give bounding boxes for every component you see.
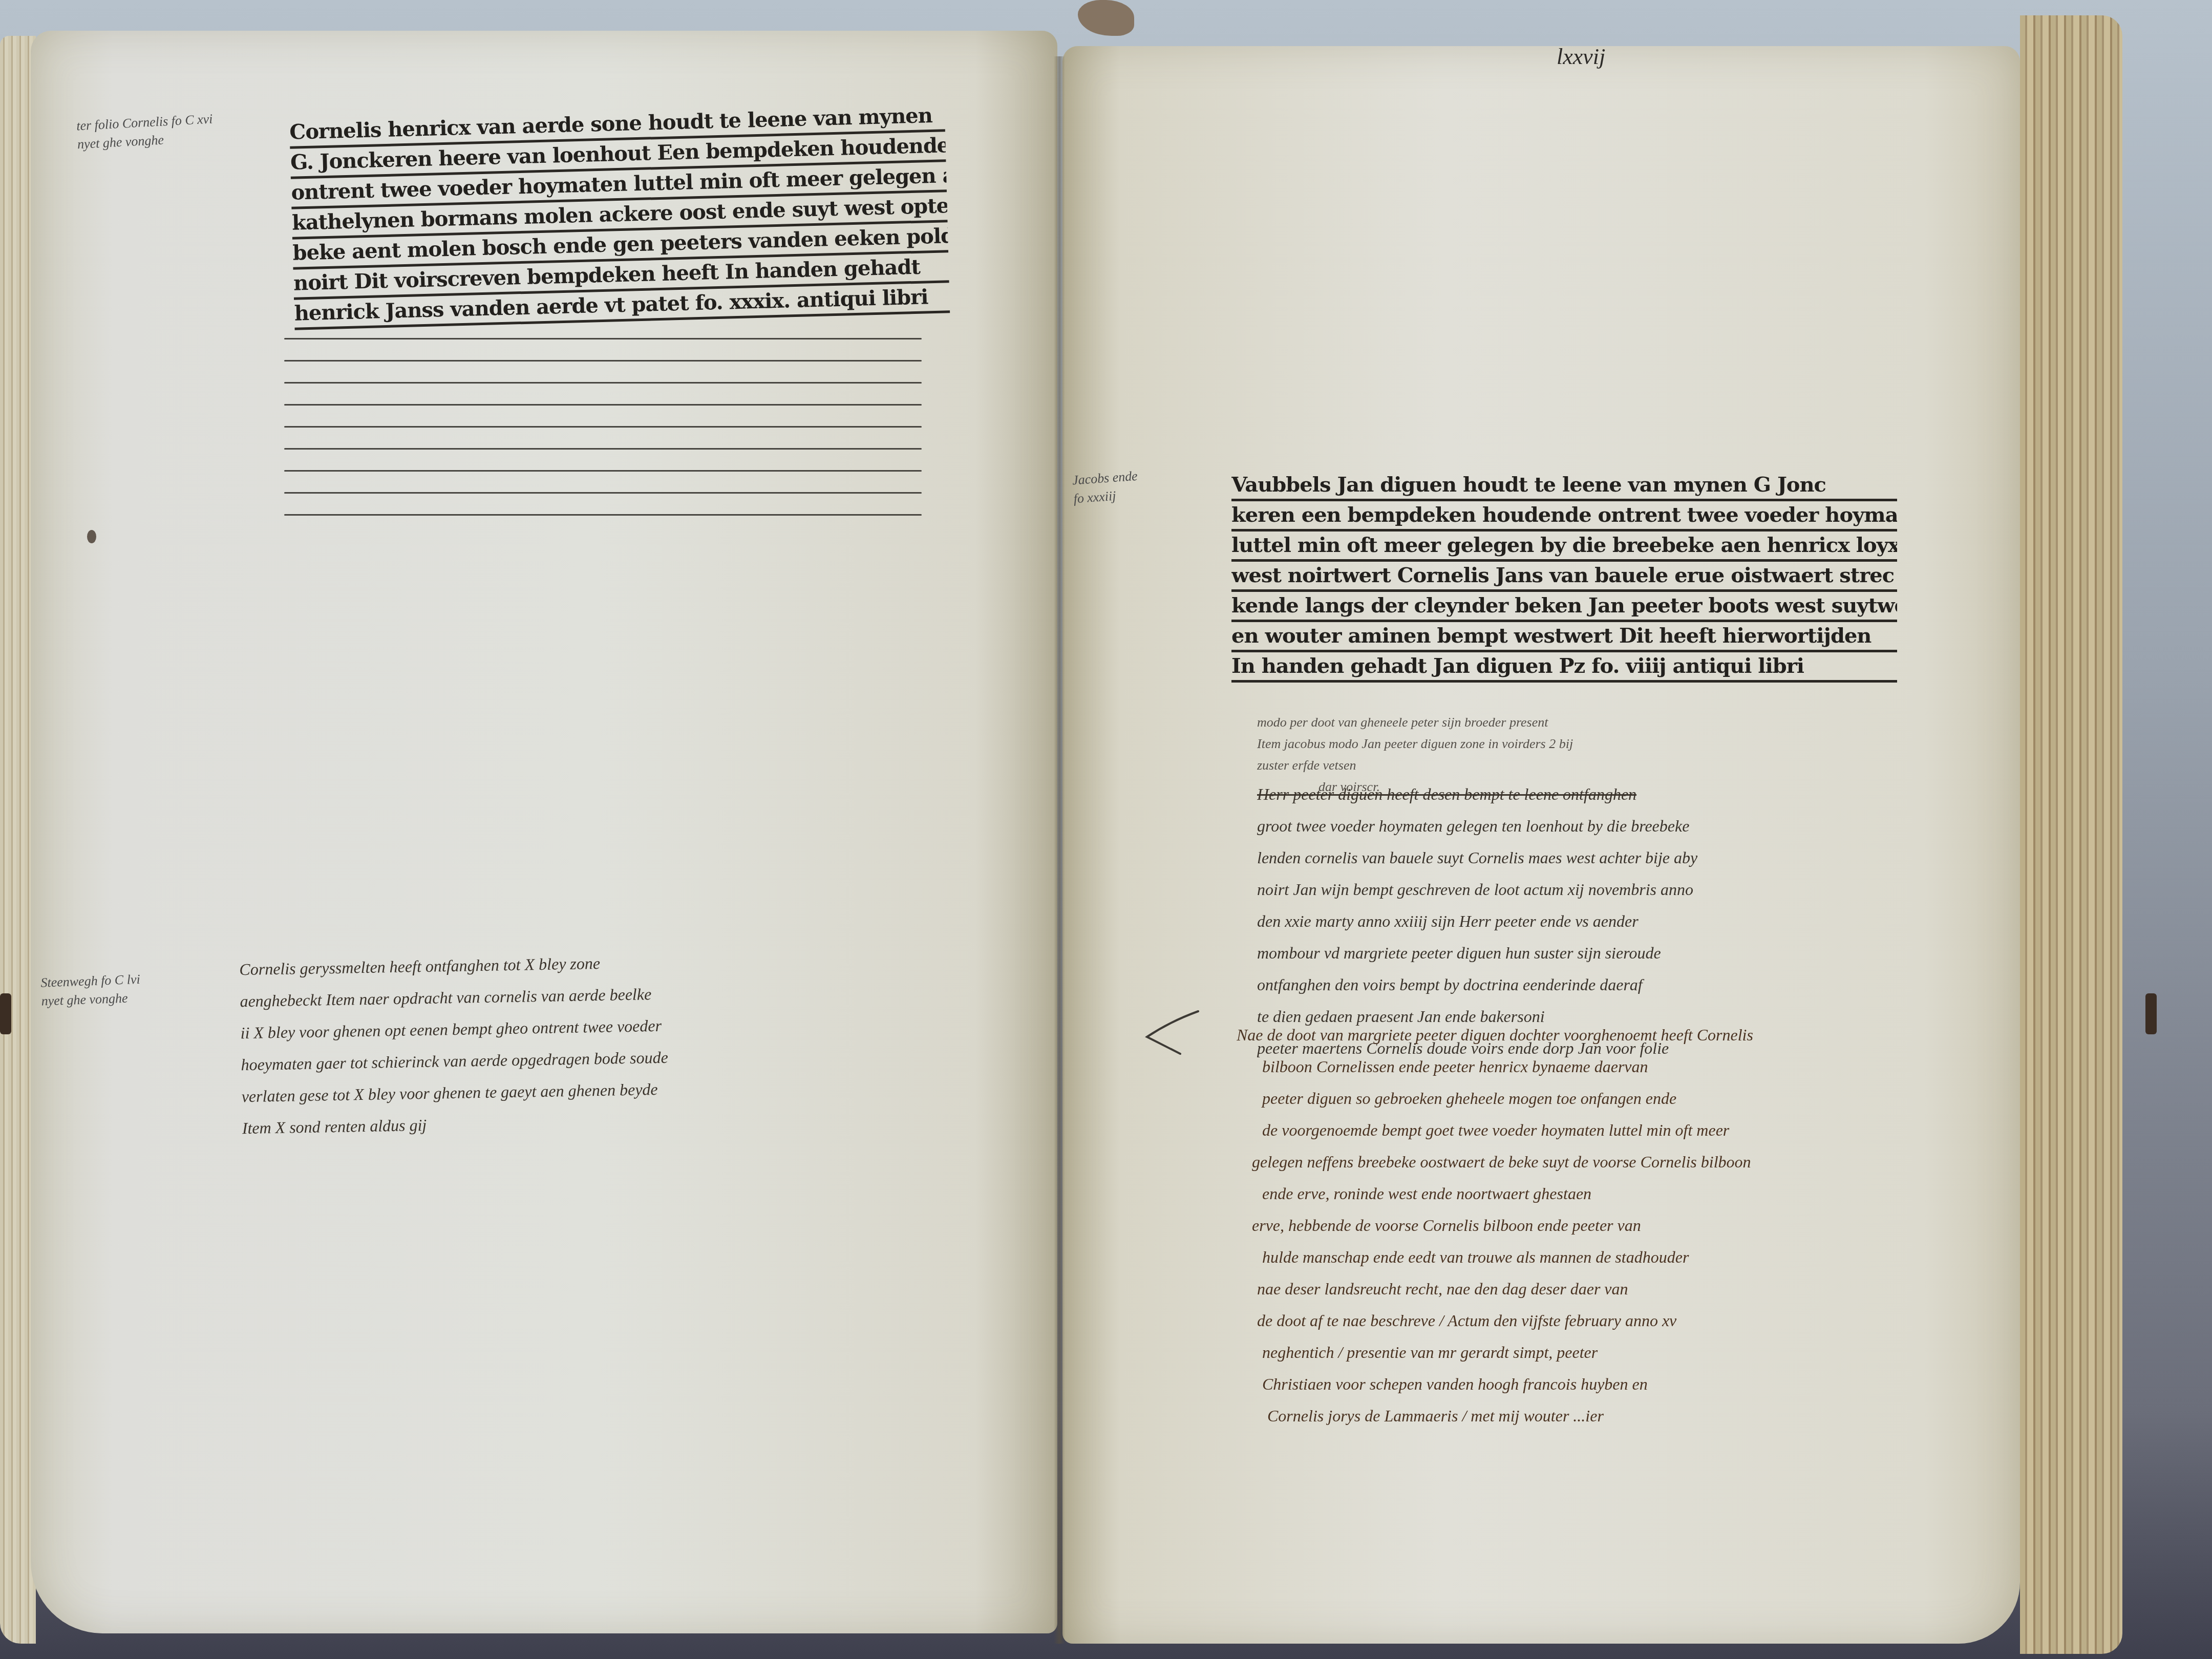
entry-line: de voorgenoemde bempt goet twee voeder h…: [1237, 1114, 2015, 1146]
entry-line: bilboon Cornelissen ende peeter henricx …: [1237, 1051, 2015, 1082]
ruled-line: [284, 360, 922, 361]
ruled-line: [284, 448, 922, 450]
entry-line: neghentich / presentie van mr gerardt si…: [1237, 1336, 2015, 1368]
right-entry-1: Vaubbels Jan diguen houdt te leene van m…: [1231, 471, 1897, 683]
ruled-line: [284, 470, 922, 472]
ruled-line: [284, 404, 922, 406]
entry-line: de doot af te nae beschreve / Actum den …: [1237, 1305, 2015, 1336]
entry-line: Cornelis jorys de Lammaeris / met mij wo…: [1237, 1400, 2015, 1432]
entry-line: hulde manschap ende eedt van trouwe als …: [1237, 1241, 2015, 1273]
book-gutter: [1054, 56, 1065, 1644]
left-entry-1: Cornelis henricx van aerde sone houdt te…: [289, 101, 950, 330]
entry-line: gelegen neffens breebeke oostwaert de be…: [1237, 1146, 2015, 1178]
entry-line: Herr peeter diguen heeft desen bempt te …: [1257, 778, 2005, 810]
book-fore-edge-right: [2020, 15, 2122, 1654]
ruled-line: [284, 492, 922, 494]
entry-line: mombour vd margriete peeter diguen hun s…: [1257, 937, 2005, 969]
ruled-line: [284, 338, 922, 339]
arrow-mark-icon: [1139, 1009, 1201, 1055]
ruled-line: [284, 514, 922, 516]
addition-line: modo per doot van gheneele peter sijn br…: [1257, 712, 1902, 733]
entry-line: west noirtwert Cornelis Jans van bauele …: [1231, 562, 1897, 592]
empty-ruled-lines: [284, 338, 922, 536]
entry-line: groot twee voeder hoymaten gelegen ten l…: [1257, 810, 2005, 842]
entry-line: lenden cornelis van bauele suyt Cornelis…: [1257, 842, 2005, 874]
entry-line: In handen gehadt Jan diguen Pz fo. viiij…: [1231, 652, 1897, 683]
ruled-line: [284, 426, 922, 428]
entry-line: keren een bempdeken houdende ontrent twe…: [1231, 501, 1897, 531]
entry-line: luttel min oft meer gelegen by die breeb…: [1231, 531, 1897, 562]
entry-line: ontfanghen den voirs bempt by doctrina e…: [1257, 969, 2005, 1001]
entry-line: en wouter aminen bempt westwert Dit heef…: [1231, 622, 1897, 652]
right-page: lxxvij Jacobs ende fo xxxiij Vaubbels Ja…: [1062, 46, 2020, 1644]
entry-line: nae deser landsreucht recht, nae den dag…: [1237, 1273, 2015, 1305]
right-margin-note: Jacobs ende fo xxxiij: [1072, 461, 1227, 508]
entry-line: Vaubbels Jan diguen houdt te leene van m…: [1231, 471, 1897, 501]
entry-line: Christiaen voor schepen vanden hoogh fra…: [1237, 1368, 2015, 1400]
page-tab-left: [0, 993, 11, 1034]
entry-line: peeter diguen so gebroeken gheheele moge…: [1237, 1082, 2015, 1114]
ruled-line: [284, 382, 922, 384]
right-entry-3: Nae de doot van margriete peeter diguen …: [1237, 1019, 2015, 1432]
left-margin-note-top: ter folio Cornelis fo C xvi nyet ghe von…: [76, 109, 241, 154]
entry-line: erve, hebbende de voorse Cornelis bilboo…: [1237, 1209, 2015, 1241]
left-page: ter folio Cornelis fo C xvi nyet ghe von…: [31, 31, 1057, 1633]
page-tab-right: [2145, 993, 2157, 1034]
addition-line: Item jacobus modo Jan peeter diguen zone…: [1257, 733, 1902, 755]
entry-line: ende erve, roninde west ende noortwaert …: [1237, 1178, 2015, 1209]
ink-spot: [87, 530, 96, 543]
folio-number: lxxvij: [1557, 44, 1605, 70]
entry-line: den xxie marty anno xxiiij sijn Herr pee…: [1257, 905, 2005, 937]
left-margin-note-bottom: Steenwegh fo C lvi nyet ghe vonghe: [40, 967, 236, 1010]
entry-line: kende langs der cleynder beken Jan peete…: [1231, 592, 1897, 622]
entry-line: noirt Jan wijn bempt geschreven de loot …: [1257, 874, 2005, 905]
entry-line: Nae de doot van margriete peeter diguen …: [1237, 1019, 2015, 1051]
addition-line: zuster erfde vetsen: [1257, 755, 1902, 776]
left-entry-2: Cornelis geryssmelten heeft ontfanghen t…: [239, 941, 959, 1144]
